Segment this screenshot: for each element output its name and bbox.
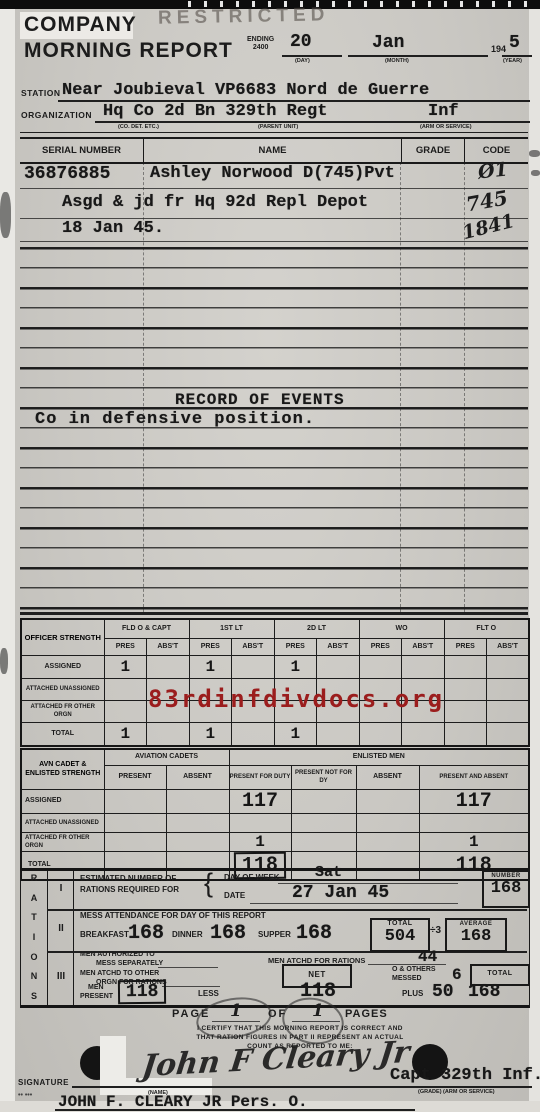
- rations-i-label2: RATIONS REQUIRED FOR: [80, 885, 179, 894]
- month-sublabel: (MONTH): [385, 58, 409, 64]
- officer-group-1stlt: 1ST LT: [189, 619, 274, 638]
- date-underline: [250, 903, 458, 904]
- signature-label: SIGNATURE: [18, 1078, 69, 1087]
- pres-header: PRES: [189, 638, 232, 655]
- officer-group-2dlt: 2D LT: [274, 619, 359, 638]
- men-present-value: 118: [118, 980, 166, 1004]
- others-messed-label2: MESSED: [392, 975, 422, 982]
- roster-code-1: Ø1: [477, 159, 509, 184]
- rations-numeral-i: I: [49, 883, 73, 894]
- year-prefix: 194: [491, 44, 506, 54]
- plus-value: 50: [432, 982, 454, 1002]
- record-of-events-entry: Co in defensive position.: [35, 410, 315, 429]
- day-of-week-label: DAY OF WEEK: [224, 873, 280, 882]
- enlisted-men-group: ENLISTED MEN: [229, 749, 529, 765]
- organization-arm: Inf: [428, 102, 459, 121]
- year-underline: [502, 55, 532, 57]
- less-label: LESS: [198, 989, 219, 998]
- grand-total-value: 168: [468, 982, 500, 1002]
- abst-header: ABS'T: [402, 638, 445, 655]
- enlisted-col-pnfd: PRESENT NOT FOR DY: [291, 765, 356, 789]
- aviation-cadets-group: AVIATION CADETS: [104, 749, 229, 765]
- pres-header: PRES: [359, 638, 402, 655]
- pres-header: PRES: [104, 638, 147, 655]
- rations-numeral-ii: II: [49, 923, 73, 934]
- breakfast-value: 168: [128, 922, 164, 945]
- site-watermark: 83rdinfdivdocs.org: [148, 685, 444, 713]
- officer-row-total: TOTAL 1 1 1: [21, 722, 529, 746]
- day-of-week-value: Sat: [315, 864, 342, 881]
- mess-separately-label2: MESS SEPARATELY: [96, 960, 163, 967]
- enlisted-col-absent: ABSENT: [356, 765, 419, 789]
- date-value: 27 Jan 45: [292, 883, 389, 903]
- rations-divider: [73, 871, 74, 1005]
- cadet-row-assigned: ASSIGNED 117 117: [21, 789, 529, 813]
- number-box-value: 168: [484, 880, 528, 898]
- abst-header: ABS'T: [487, 638, 530, 655]
- restricted-stamp: RESTRICTED: [158, 4, 330, 30]
- officer-row-assigned: ASSIGNED 1 1 1: [21, 655, 529, 678]
- plus-label: PLUS: [402, 989, 423, 998]
- rations-numeral-iii: III: [49, 971, 73, 982]
- cadet-row-attached-fr-other: ATTACHED FR OTHER ORGN 1 1: [21, 832, 529, 851]
- supper-label: SUPPER: [258, 930, 291, 939]
- cadet-row-attached-unassigned: ATTACHED UNASSIGNED: [21, 813, 529, 832]
- men-present-label2: PRESENT: [80, 993, 113, 1000]
- rations-brace: {: [204, 868, 213, 899]
- cadet-enlisted-table: AVN CADET & ENLISTED STRENGTH AVIATION C…: [20, 748, 530, 881]
- roster-entry-2: Asgd & jd fr Hq 92d Repl Depot: [62, 193, 368, 212]
- breakfast-label: BREAKFAST: [80, 930, 129, 939]
- rations-divider: [47, 871, 48, 1005]
- mess-average-box: AVERAGE 168: [445, 918, 507, 952]
- atchd-rations-line: [368, 964, 446, 965]
- enlisted-col-pfd: PRESENT FOR DUTY: [229, 765, 291, 789]
- roster-serial-1: 36876885: [24, 164, 110, 184]
- cadet-corner-label: AVN CADET & ENLISTED STRENGTH: [21, 749, 104, 789]
- officer-group-fldo: FLD O & CAPT: [104, 619, 189, 638]
- roster-col-name: NAME: [144, 139, 402, 162]
- bottom-line: [55, 1109, 415, 1111]
- dinner-value: 168: [210, 922, 246, 945]
- ending-label: ENDING 2400: [247, 36, 274, 52]
- organization-label: ORGANIZATION: [21, 110, 92, 120]
- roster-entry-1: Ashley Norwood D(745)Pvt: [150, 164, 395, 183]
- others-messed-label1: O & OTHERS: [392, 966, 436, 973]
- atchd-other-label1: MEN ATCHD TO OTHER: [80, 970, 159, 977]
- mess-total-box: TOTAL 504: [370, 918, 430, 952]
- form-title-line1: COMPANY: [24, 13, 137, 37]
- signature-line: [72, 1086, 532, 1088]
- officer-group-wo: WO: [359, 619, 444, 638]
- mess-attendance-label: MESS ATTENDANCE FOR DAY OF THIS REPORT: [80, 911, 266, 920]
- cadet-col-absent: ABSENT: [166, 765, 229, 789]
- scan-artifact: [529, 150, 540, 157]
- roster-col-grade: GRADE: [402, 139, 465, 162]
- men-present-label1: MEN: [88, 984, 104, 991]
- morning-report-scan: COMPANY MORNING REPORT RESTRICTED ENDING…: [0, 0, 540, 1112]
- scan-artifact: [531, 170, 540, 176]
- average-box-value: 168: [447, 928, 505, 946]
- date-label: DATE: [224, 891, 245, 900]
- hand-drawn-box: 118: [118, 980, 167, 1005]
- organization-sub2: (PARENT UNIT): [258, 124, 298, 130]
- ending-year-value: 5: [509, 33, 520, 53]
- station-label: STATION: [21, 88, 61, 98]
- divide-by-three: ÷3: [430, 925, 441, 936]
- abst-header: ABS'T: [232, 638, 275, 655]
- month-underline: [348, 55, 488, 57]
- organization-sub1: (CO. DET. ETC.): [118, 124, 159, 130]
- pres-header: PRES: [274, 638, 317, 655]
- day-underline: [282, 55, 342, 57]
- form-footer-dots: •• •••: [18, 1092, 32, 1099]
- rations-total-box-label: TOTAL: [472, 966, 528, 982]
- station-value: Near Joubieval VP6683 Nord de Guerre: [62, 81, 429, 100]
- roster-line-1: [20, 188, 528, 189]
- officer-group-flto: FLT O: [444, 619, 529, 638]
- roster-top-rule: [20, 132, 528, 133]
- officer-strength-table: OFFICER STRENGTH FLD O & CAPT 1ST LT 2D …: [20, 618, 530, 747]
- dinner-label: DINNER: [172, 930, 203, 939]
- abst-header: ABS'T: [317, 638, 360, 655]
- day-sublabel: (DAY): [295, 58, 310, 64]
- ruled-lines-section: [20, 247, 528, 613]
- atchd-other-line: [162, 986, 220, 987]
- form-title-line2: MORNING REPORT: [24, 39, 233, 63]
- ending-day-value: 20: [290, 32, 312, 52]
- abst-header: ABS'T: [147, 638, 190, 655]
- record-of-events-title: RECORD OF EVENTS: [175, 391, 345, 409]
- mess-sep-line: [158, 967, 218, 968]
- total-box-value: 504: [372, 928, 428, 946]
- signer-grade-text: Capt 329th Inf.: [390, 1066, 540, 1085]
- year-sublabel: (YEAR): [503, 58, 522, 64]
- organization-sub3: (ARM OR SERVICE): [420, 124, 472, 130]
- pages-label: PAGES: [345, 1008, 388, 1020]
- paper-edge-left: [0, 9, 15, 1112]
- rations-number-box: NUMBER 168: [482, 870, 530, 908]
- roster-entry-3: 18 Jan 45.: [62, 219, 164, 238]
- ending-month-value: Jan: [372, 33, 404, 53]
- roster-line-3: [20, 241, 528, 242]
- pres-header: PRES: [444, 638, 487, 655]
- enlisted-col-pa: PRESENT AND ABSENT: [419, 765, 529, 789]
- roster-header-row: SERIAL NUMBER NAME GRADE CODE: [20, 137, 528, 164]
- supper-value: 168: [296, 922, 332, 945]
- organization-value: Hq Co 2d Bn 329th Regt: [103, 102, 327, 121]
- organization-underline: [95, 121, 530, 123]
- scan-artifact: [0, 192, 11, 238]
- cadet-col-present: PRESENT: [104, 765, 166, 789]
- rations-i-label1: ESTIMATED NUMBER OF: [80, 874, 176, 883]
- section-divider: [20, 612, 528, 615]
- roster-col-serial: SERIAL NUMBER: [20, 139, 144, 162]
- officer-corner-label: OFFICER STRENGTH: [21, 619, 104, 655]
- mess-separately-label1: MEN AUTHORIZED TO: [80, 951, 155, 958]
- scan-artifact: [0, 648, 8, 674]
- rations-vertical-label: R A T I O N S: [21, 873, 47, 1001]
- grade-arm-sublabel: (GRADE) (ARM OR SERVICE): [418, 1089, 495, 1095]
